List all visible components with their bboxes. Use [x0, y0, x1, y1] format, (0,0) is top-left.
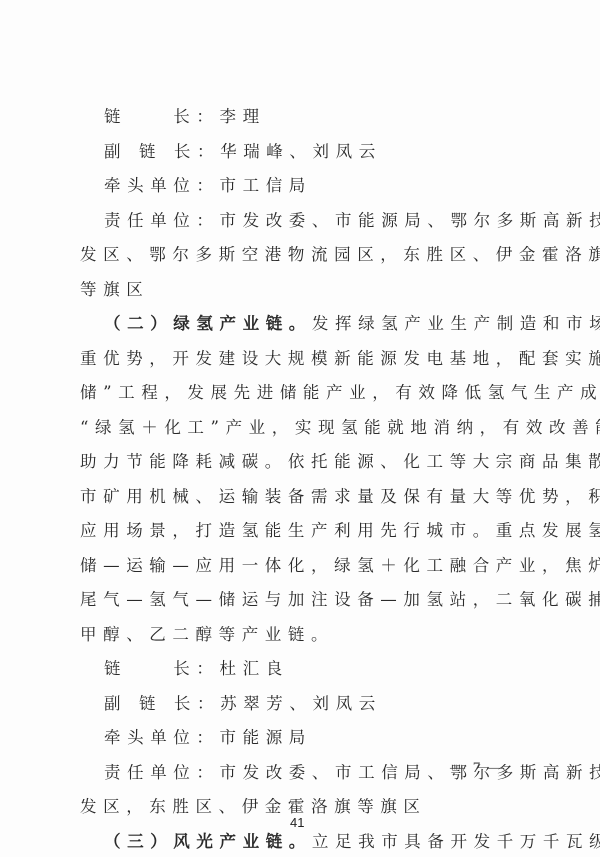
section-title-wind-solar: （三）风光产业链。	[104, 832, 312, 851]
responsible-units-line-1-cont: 发区、鄂尔多斯空港物流园区，东胜区、伊金霍洛旗、鄂托克旗	[80, 238, 522, 273]
paragraph-line: 助力节能降耗减碳。依托能源、化工等大宗商品集散地，立足全	[80, 445, 522, 480]
responsible-units-line-1-end: 等旗区	[80, 273, 522, 308]
document-body: 链 长：李理 副 链 长：华瑞峰、刘凤云 牵头单位：市工信局 责任单位：市发改委…	[80, 100, 522, 857]
chain-leader-line-1: 链 长：李理	[80, 100, 522, 135]
section-body-start: 立足我市具备开发千万千瓦级新能源基	[312, 832, 600, 851]
paragraph-line: 储—运输—应用一体化，绿氢＋化工融合产业，焦炉气、电石炉	[80, 549, 522, 584]
responsible-units-line-1: 责任单位：市发改委、市能源局、鄂尔多斯高新技术产业开	[80, 204, 522, 239]
chain-leader-line-2: 链 长：杜汇良	[80, 652, 522, 687]
paragraph-line: 储”工程，发展先进储能产业，有效降低氢气生产成本。发展	[80, 376, 522, 411]
section-body-start: 发挥绿氢产业生产制造和市场消纳的双	[312, 314, 600, 333]
paragraph-line: 尾气—氢气—储运与加注设备—加氢站，二氧化碳捕集—加氢—	[80, 583, 522, 618]
paragraph-line: 重优势，开发建设大规模新能源发电基地，配套实施“源网荷	[80, 342, 522, 377]
lead-unit-line-2: 牵头单位：市能源局	[80, 721, 522, 756]
paragraph-line: 甲醇、乙二醇等产业链。	[80, 618, 522, 653]
section-heading-green-hydrogen: （二）绿氢产业链。发挥绿氢产业生产制造和市场消纳的双	[80, 307, 522, 342]
page-number: — 7 —	[450, 760, 505, 777]
paragraph-line: 市矿用机械、运输装备需求量及保有量大等优势，积极拓展氢能	[80, 480, 522, 515]
paragraph-line: 应用场景，打造氢能生产利用先行城市。重点发展氢气制取—存	[80, 514, 522, 549]
footer-page-number: 41	[290, 815, 304, 830]
lead-unit-line-1: 牵头单位：市工信局	[80, 169, 522, 204]
section-title-green-hydrogen: （二）绿氢产业链。	[104, 314, 312, 333]
vice-chain-leader-line-2: 副 链 长：苏翠芳、刘凤云	[80, 687, 522, 722]
paragraph-line: “绿氢＋化工”产业，实现氢能就地消纳，有效改善能源结构，	[80, 411, 522, 446]
vice-chain-leader-line-1: 副 链 长：华瑞峰、刘凤云	[80, 135, 522, 170]
